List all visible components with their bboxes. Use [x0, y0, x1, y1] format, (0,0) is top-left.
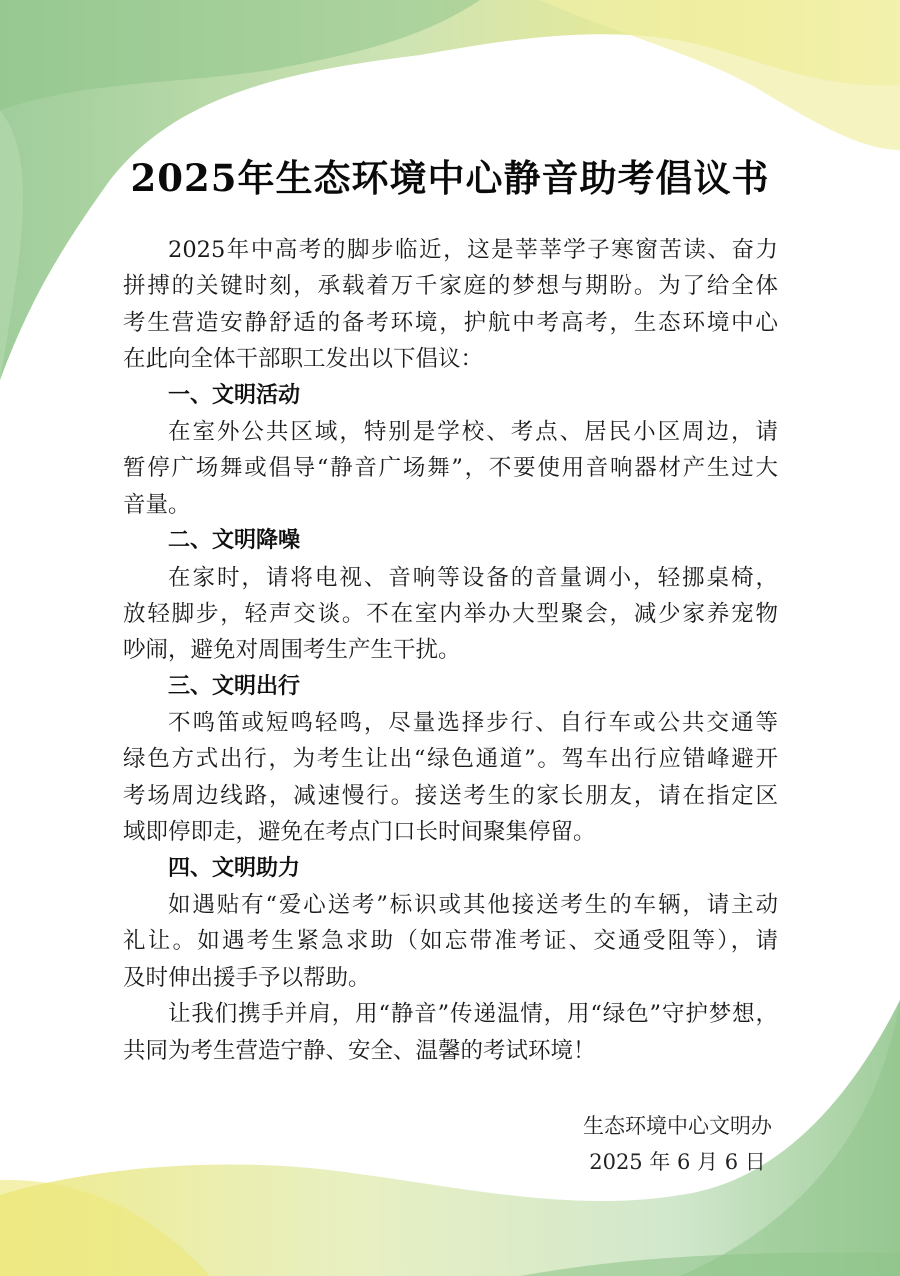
text-line: 放轻脚步，轻声交谈。不在室内举办大型聚会，减少家养宠物 [123, 596, 778, 632]
text-line: 在此向全体干部职工发出以下倡议： [123, 341, 778, 377]
text-line: 域即停即走，避免在考点门口长时间聚集停留。 [123, 814, 778, 850]
section-heading: 三、文明出行 [123, 669, 778, 705]
section-noise-reduction: 二、文明降噪 在家时，请将电视、音响等设备的音量调小，轻挪桌椅， 放轻脚步，轻声… [123, 523, 778, 669]
text-line: 吵闹，避免对周围考生产生干扰。 [123, 632, 778, 668]
document-page: 2025年生态环境中心静音助考倡议书 2025年中高考的脚步临近，这是莘莘学子寒… [0, 0, 900, 1276]
text-line: 在室外公共区域，特别是学校、考点、居民小区周边，请 [123, 414, 778, 450]
text-line: 绿色方式出行，为考生让出“绿色通道”。驾车出行应错峰避开 [123, 741, 778, 777]
section-civilized-assistance: 四、文明助力 如遇贴有“爱心送考”标识或其他接送考生的车辆，请主动 礼让。如遇考… [123, 851, 778, 997]
text-line: 礼让。如遇考生紧急求助（如忘带准考证、交通受阻等），请 [123, 923, 778, 959]
text-line: 让我们携手并肩，用“静音”传递温情，用“绿色”守护梦想， [123, 996, 778, 1032]
text-line: 2025年中高考的脚步临近，这是莘莘学子寒窗苦读、奋力 [123, 232, 778, 268]
section-heading: 四、文明助力 [123, 851, 778, 887]
signature-org: 生态环境中心文明办 [583, 1108, 772, 1144]
text-line: 如遇贴有“爱心送考”标识或其他接送考生的车辆，请主动 [123, 887, 778, 923]
text-line: 考场周边线路，减速慢行。接送考生的家长朋友，请在指定区 [123, 778, 778, 814]
text-line: 音量。 [123, 487, 778, 523]
text-line: 考生营造安静舒适的备考环境，护航中考高考，生态环境中心 [123, 305, 778, 341]
closing-paragraph: 让我们携手并肩，用“静音”传递温情，用“绿色”守护梦想， 共同为考生营造宁静、安… [123, 996, 778, 1069]
section-heading: 二、文明降噪 [123, 523, 778, 559]
text-line: 拼搏的关键时刻，承载着万千家庭的梦想与期盼。为了给全体 [123, 268, 778, 304]
signature-date: 2025 年 6 月 6 日 [583, 1144, 772, 1180]
section-civilized-activities: 一、文明活动 在室外公共区域，特别是学校、考点、居民小区周边，请 暂停广场舞或倡… [123, 378, 778, 524]
text-line: 及时伸出援手予以帮助。 [123, 960, 778, 996]
signature-block: 生态环境中心文明办 2025 年 6 月 6 日 [583, 1108, 772, 1180]
text-line: 共同为考生营造宁静、安全、温馨的考试环境！ [123, 1033, 778, 1069]
intro-paragraph: 2025年中高考的脚步临近，这是莘莘学子寒窗苦读、奋力 拼搏的关键时刻，承载着万… [123, 232, 778, 378]
section-heading: 一、文明活动 [123, 378, 778, 414]
document-title: 2025年生态环境中心静音助考倡议书 [0, 148, 900, 202]
text-line: 不鸣笛或短鸣轻鸣，尽量选择步行、自行车或公共交通等 [123, 705, 778, 741]
section-civilized-travel: 三、文明出行 不鸣笛或短鸣轻鸣，尽量选择步行、自行车或公共交通等 绿色方式出行，… [123, 669, 778, 851]
text-line: 在家时，请将电视、音响等设备的音量调小，轻挪桌椅， [123, 560, 778, 596]
text-line: 暂停广场舞或倡导“静音广场舞”，不要使用音响器材产生过大 [123, 450, 778, 486]
document-body: 2025年中高考的脚步临近，这是莘莘学子寒窗苦读、奋力 拼搏的关键时刻，承载着万… [123, 232, 778, 1069]
